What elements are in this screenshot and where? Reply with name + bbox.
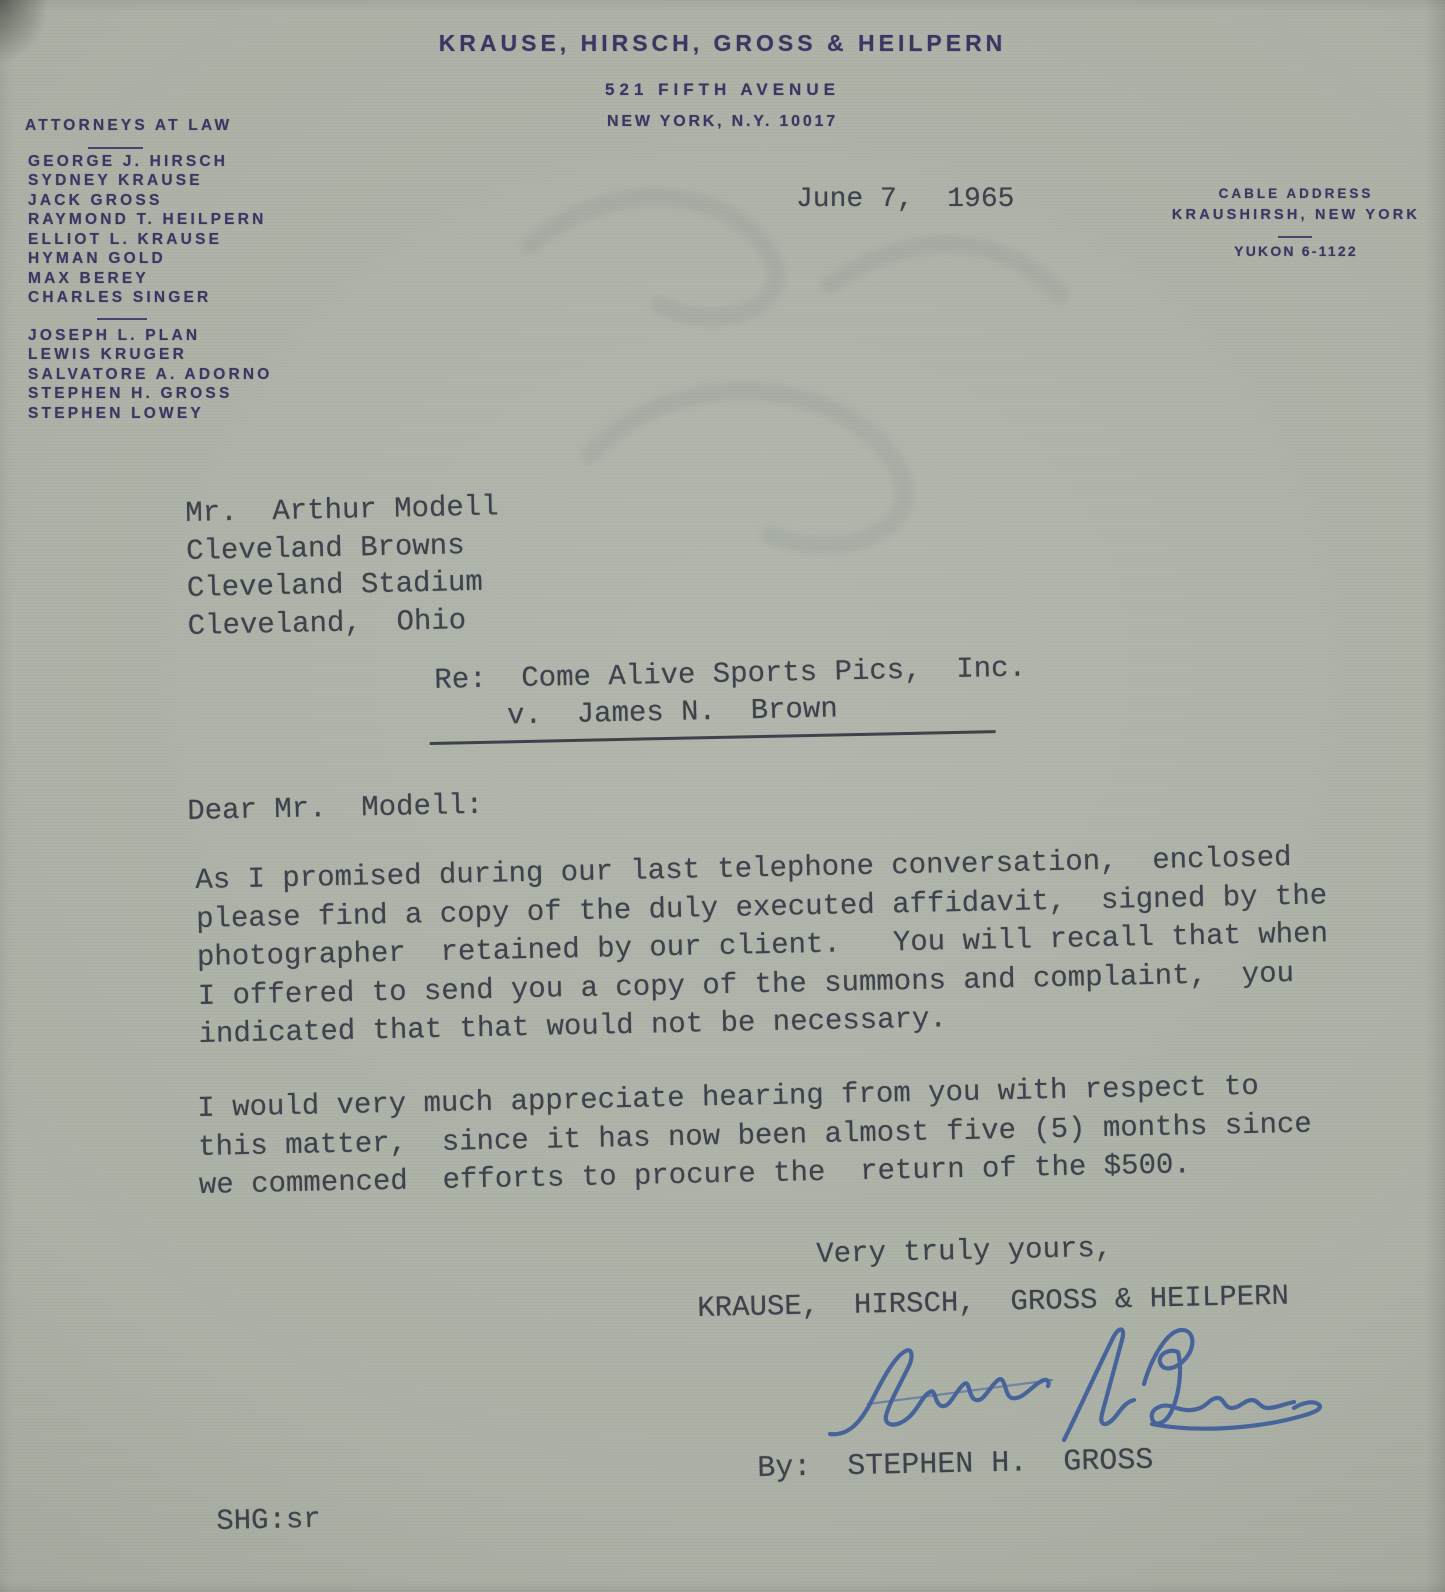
attorney-name: JOSEPH L. PLAN [28, 326, 200, 346]
recipient-address-block: Mr. Arthur Modell Cleveland Browns Cleve… [185, 488, 501, 645]
attorney-name: SALVATORE A. ADORNO [28, 365, 273, 385]
reference-initials: SHG:sr [216, 1503, 321, 1538]
recipient-line: Cleveland Stadium [187, 563, 501, 607]
cable-address-value: KRAUSHIRSH, NEW YORK [1150, 207, 1442, 223]
attorney-name: MAX BEREY [28, 269, 149, 289]
ink-bleedthrough-marks [470, 155, 1110, 585]
attorney-name: CHARLES SINGER [28, 288, 211, 308]
attorneys-label: ATTORNEYS AT LAW [25, 116, 232, 136]
letter-page: KRAUSE, HIRSCH, GROSS & HEILPERN 521 FIF… [0, 0, 1445, 1592]
divider-line [97, 318, 147, 320]
firm-name: KRAUSE, HIRSCH, GROSS & HEILPERN [0, 30, 1445, 57]
attorney-name: SYDNEY KRAUSE [28, 171, 203, 191]
recipient-line: Cleveland Browns [186, 526, 500, 570]
cable-address-label: CABLE ADDRESS [1150, 186, 1442, 201]
cable-address-block: CABLE ADDRESS KRAUSHIRSH, NEW YORK YUKON… [1150, 186, 1442, 259]
attorney-name: STEPHEN H. GROSS [28, 384, 233, 404]
recipient-line: Cleveland, Ohio [187, 601, 501, 645]
street-address: 521 FIFTH AVENUE [0, 80, 1445, 100]
divider-line [88, 147, 143, 149]
attorney-name: JACK GROSS [28, 191, 163, 211]
re-subject-block: Re: Come Alive Sports Pics, Inc. v. Jame… [428, 650, 1009, 736]
cable-phone: YUKON 6-1122 [1150, 243, 1442, 259]
divider-line [1278, 236, 1312, 238]
attorney-name: LEWIS KRUGER [28, 345, 187, 365]
salutation: Dear Mr. Modell: [187, 789, 483, 828]
attorney-name: STEPHEN LOWEY [28, 404, 204, 424]
body-paragraph: As I promised during our last telephone … [195, 838, 1330, 1054]
body-paragraph: I would very much appreciate hearing fro… [197, 1067, 1313, 1206]
attorney-name: GEORGE J. HIRSCH [28, 152, 228, 172]
attorney-name: ELLIOT L. KRAUSE [28, 230, 222, 250]
scanned-letter: { "colors":{ "paper":"#a9aea3", "print_i… [0, 0, 1445, 1592]
attorney-name: RAYMOND T. HEILPERN [28, 210, 267, 230]
signature-stephen-h-gross [812, 1316, 1342, 1456]
attorney-name: HYMAN GOLD [28, 249, 166, 269]
closing-phrase: Very truly yours, [816, 1232, 1112, 1271]
recipient-line: Mr. Arthur Modell [185, 488, 499, 532]
